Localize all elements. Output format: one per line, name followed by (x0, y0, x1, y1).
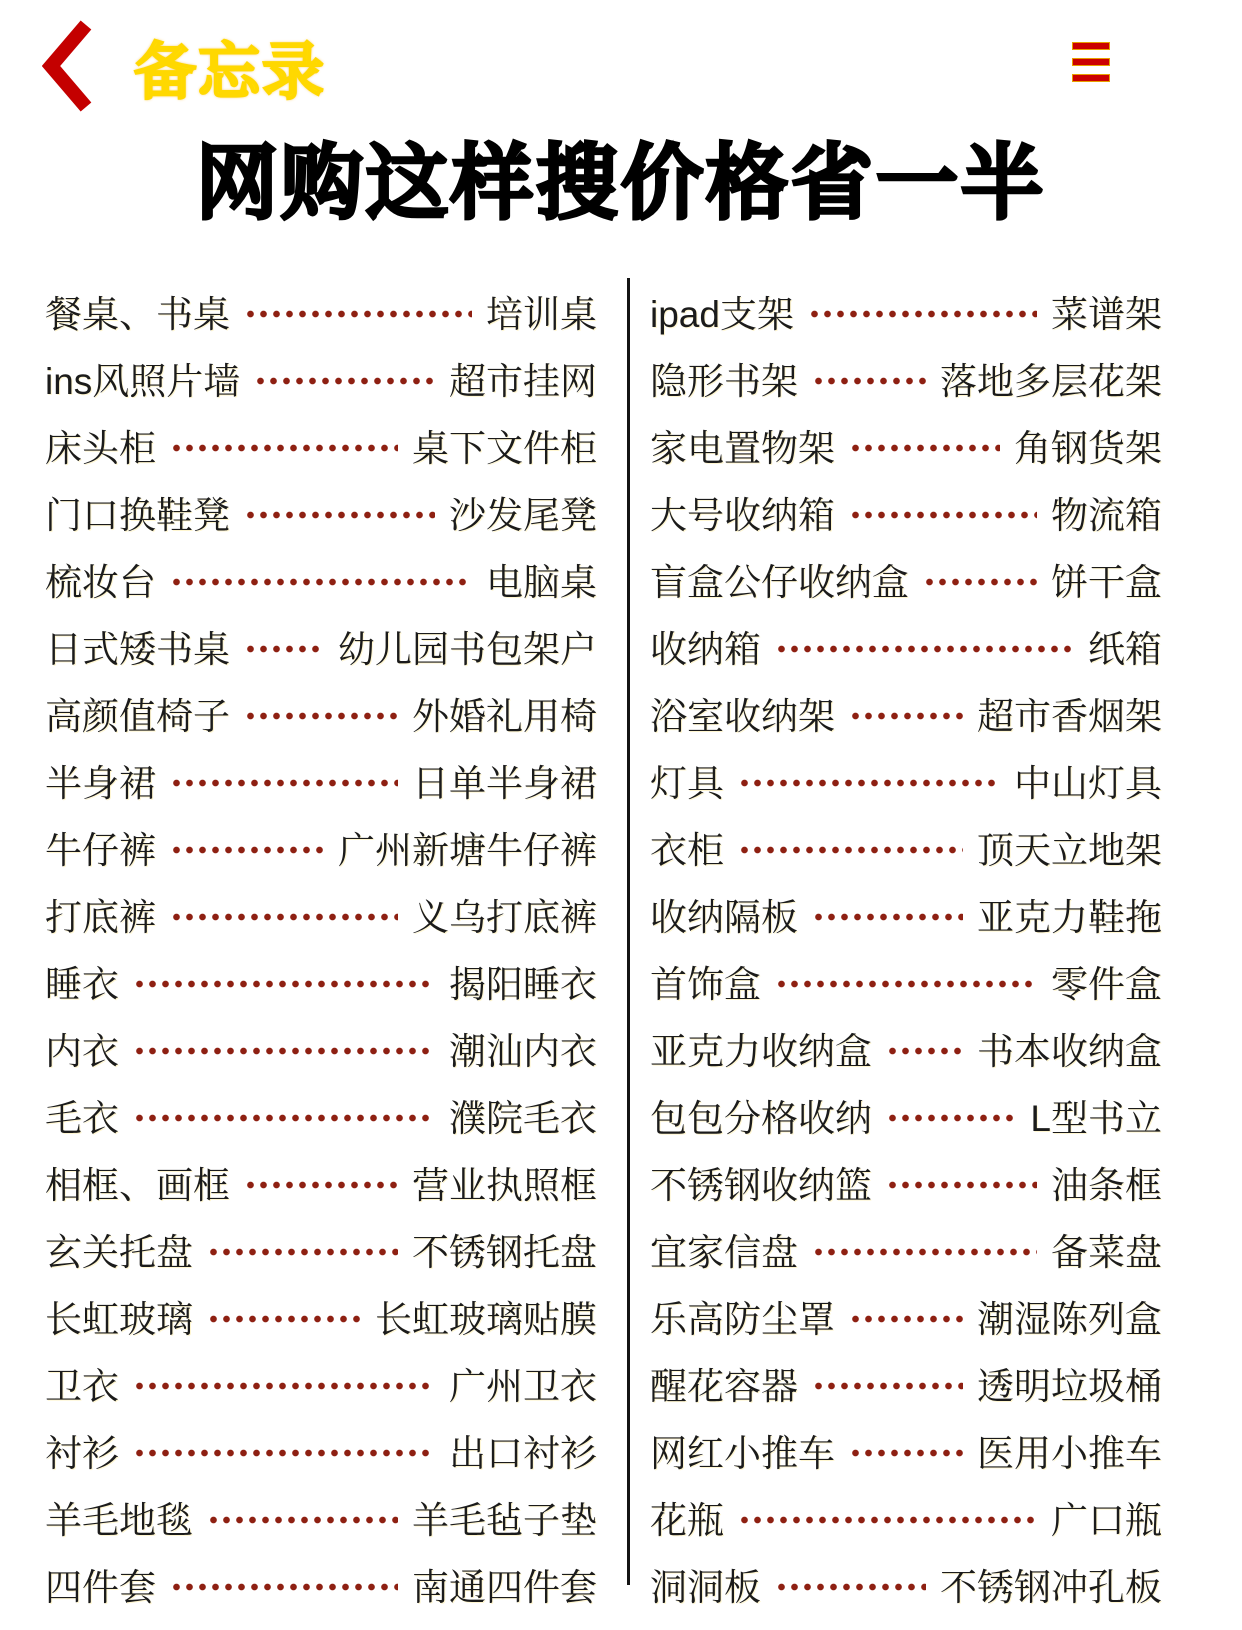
search-pairs-column-right: ipad支架菜谱架隐形书架落地多层花架家电置物架角钢货架大号收纳箱物流箱盲盒公仔… (650, 277, 1162, 1617)
dotted-leader (207, 1248, 398, 1256)
dotted-leader (923, 578, 1037, 586)
dotted-leader (133, 1047, 435, 1055)
search-term: 收纳箱 (650, 619, 761, 673)
back-button[interactable]: 备忘录 (42, 20, 326, 112)
dotted-leader (170, 444, 398, 452)
search-pair-row: 门口换鞋凳沙发尾凳 (45, 478, 597, 545)
search-pair-row: 玄关托盘不锈钢托盘 (45, 1215, 597, 1282)
search-term: 打底裤 (45, 887, 156, 941)
cheaper-term: 角钢货架 (1014, 418, 1162, 472)
dotted-leader (775, 645, 1074, 653)
cheaper-term: 透明垃圾桶 (977, 1356, 1162, 1410)
cheaper-term: 揭阳睡衣 (449, 954, 597, 1008)
search-term: 网红小推车 (650, 1423, 835, 1477)
search-term: 盲盒公仔收纳盒 (650, 552, 909, 606)
search-term: 家电置物架 (650, 418, 835, 472)
search-term: 醒花容器 (650, 1356, 798, 1410)
search-term: 大号收纳箱 (650, 485, 835, 539)
dotted-leader (849, 1315, 963, 1323)
search-term: 玄关托盘 (45, 1222, 193, 1276)
search-pair-row: 梳妆台电脑桌 (45, 545, 597, 612)
dotted-leader (170, 846, 324, 854)
cheaper-term: 培训桌 (486, 284, 597, 338)
search-term: 长虹玻璃 (45, 1289, 193, 1343)
cheaper-term: 医用小推车 (977, 1423, 1162, 1477)
search-pair-row: 长虹玻璃长虹玻璃贴膜 (45, 1282, 597, 1349)
dotted-leader (812, 1248, 1037, 1256)
dotted-leader (775, 980, 1037, 988)
search-pair-row: 打底裤义乌打底裤 (45, 880, 597, 947)
search-pair-row: 四件套南通四件套 (45, 1550, 597, 1617)
dotted-leader (849, 511, 1037, 519)
cheaper-term: 广州新塘牛仔裤 (338, 820, 597, 874)
dotted-leader (133, 1449, 435, 1457)
cheaper-term: 饼干盒 (1051, 552, 1162, 606)
search-term: 餐桌、书桌 (45, 284, 230, 338)
search-pair-row: ins风照片墙超市挂网 (45, 344, 597, 411)
dotted-leader (207, 1516, 398, 1524)
search-term: 亚克力收纳盒 (650, 1021, 872, 1075)
search-pair-row: 灯具中山灯具 (650, 746, 1162, 813)
cheaper-term: 纸箱 (1088, 619, 1162, 673)
search-term: 门口换鞋凳 (45, 485, 230, 539)
search-pair-row: 内衣潮汕内衣 (45, 1014, 597, 1081)
cheaper-term: 广口瓶 (1051, 1490, 1162, 1544)
search-term: 半身裙 (45, 753, 156, 807)
search-pair-row: 收纳箱纸箱 (650, 612, 1162, 679)
dotted-leader (244, 645, 324, 653)
search-pair-row: 床头柜桌下文件柜 (45, 411, 597, 478)
search-pair-row: 洞洞板不锈钢冲孔板 (650, 1550, 1162, 1617)
search-pair-row: 隐形书架落地多层花架 (650, 344, 1162, 411)
search-pair-row: 衬衫出口衬衫 (45, 1416, 597, 1483)
hamburger-icon (1072, 42, 1110, 82)
cheaper-term: 日单半身裙 (412, 753, 597, 807)
cheaper-term: 长虹玻璃贴膜 (375, 1289, 597, 1343)
search-pair-row: 睡衣揭阳睡衣 (45, 947, 597, 1014)
cheaper-term: 南通四件套 (412, 1557, 597, 1611)
search-term: 羊毛地毯 (45, 1490, 193, 1544)
chevron-left-icon (42, 20, 94, 112)
search-term: 睡衣 (45, 954, 119, 1008)
dotted-leader (244, 310, 472, 318)
cheaper-term: 羊毛毡子垫 (412, 1490, 597, 1544)
search-pair-row: 网红小推车医用小推车 (650, 1416, 1162, 1483)
search-term: 隐形书架 (650, 351, 798, 405)
search-term: 宜家信盘 (650, 1222, 798, 1276)
search-pair-row: 首饰盒零件盒 (650, 947, 1162, 1014)
dotted-leader (207, 1315, 361, 1323)
dotted-leader (808, 310, 1037, 318)
search-pair-row: 亚克力收纳盒书本收纳盒 (650, 1014, 1162, 1081)
search-pair-row: 花瓶广口瓶 (650, 1483, 1162, 1550)
dotted-leader (812, 1382, 963, 1390)
search-term: 梳妆台 (45, 552, 156, 606)
dotted-leader (244, 712, 398, 720)
search-term: 内衣 (45, 1021, 119, 1075)
search-pair-row: ipad支架菜谱架 (650, 277, 1162, 344)
dotted-leader (133, 980, 435, 988)
cheaper-term: 亚克力鞋拖 (977, 887, 1162, 941)
dotted-leader (170, 779, 398, 787)
dotted-leader (170, 1583, 398, 1591)
cheaper-term: 濮院毛衣 (449, 1088, 597, 1142)
cheaper-term: 中山灯具 (1014, 753, 1162, 807)
cheaper-term: 备菜盘 (1051, 1222, 1162, 1276)
cheaper-term: 不锈钢冲孔板 (940, 1557, 1162, 1611)
cheaper-term: 出口衬衫 (449, 1423, 597, 1477)
dotted-leader (849, 1449, 963, 1457)
search-term: 花瓶 (650, 1490, 724, 1544)
search-term: 灯具 (650, 753, 724, 807)
search-pair-row: 相框、画框营业执照框 (45, 1148, 597, 1215)
search-pairs-column-left: 餐桌、书桌培训桌ins风照片墙超市挂网床头柜桌下文件柜门口换鞋凳沙发尾凳梳妆台电… (45, 277, 597, 1617)
search-pair-row: 宜家信盘备菜盘 (650, 1215, 1162, 1282)
search-term: 衬衫 (45, 1423, 119, 1477)
dotted-leader (170, 913, 398, 921)
cheaper-term: 电脑桌 (486, 552, 597, 606)
dotted-leader (244, 511, 435, 519)
dotted-leader (738, 779, 1000, 787)
cheaper-term: 顶天立地架 (977, 820, 1162, 874)
dotted-leader (886, 1047, 963, 1055)
dotted-leader (170, 578, 472, 586)
cheaper-term: 零件盒 (1051, 954, 1162, 1008)
search-pair-row: 日式矮书桌幼儿园书包架户 (45, 612, 597, 679)
cheaper-term: 潮湿陈列盒 (977, 1289, 1162, 1343)
back-label: 备忘录 (134, 22, 326, 111)
cheaper-term: 外婚礼用椅 (412, 686, 597, 740)
dotted-leader (849, 444, 1000, 452)
search-term: 收纳隔板 (650, 887, 798, 941)
search-term: ipad支架 (650, 284, 794, 338)
search-pair-row: 卫衣广州卫衣 (45, 1349, 597, 1416)
cheaper-term: 菜谱架 (1051, 284, 1162, 338)
search-pair-row: 衣柜顶天立地架 (650, 813, 1162, 880)
cheaper-term: 营业执照框 (412, 1155, 597, 1209)
dotted-leader (886, 1114, 1016, 1122)
search-term: 乐高防尘罩 (650, 1289, 835, 1343)
search-pair-row: 盲盒公仔收纳盒饼干盒 (650, 545, 1162, 612)
search-term: 床头柜 (45, 418, 156, 472)
cheaper-term: 沙发尾凳 (449, 485, 597, 539)
cheaper-term: L型书立 (1030, 1088, 1162, 1142)
cheaper-term: 幼儿园书包架户 (338, 619, 597, 673)
search-pair-row: 牛仔裤广州新塘牛仔裤 (45, 813, 597, 880)
search-pair-row: 家电置物架角钢货架 (650, 411, 1162, 478)
dotted-leader (775, 1583, 926, 1591)
note-title: 网购这样搜价格省一半 (0, 118, 1242, 235)
cheaper-term: 桌下文件柜 (412, 418, 597, 472)
cheaper-term: 落地多层花架 (940, 351, 1162, 405)
dotted-leader (254, 377, 435, 385)
search-pair-row: 不锈钢收纳篮油条框 (650, 1148, 1162, 1215)
cheaper-term: 广州卫衣 (449, 1356, 597, 1410)
search-term: 四件套 (45, 1557, 156, 1611)
search-pair-row: 半身裙日单半身裙 (45, 746, 597, 813)
search-term: 相框、画框 (45, 1155, 230, 1209)
cheaper-term: 超市香烟架 (977, 686, 1162, 740)
search-pair-row: 餐桌、书桌培训桌 (45, 277, 597, 344)
dotted-leader (133, 1114, 435, 1122)
search-pair-row: 大号收纳箱物流箱 (650, 478, 1162, 545)
search-term: 不锈钢收纳篮 (650, 1155, 872, 1209)
dotted-leader (738, 1516, 1037, 1524)
search-pair-row: 醒花容器透明垃圾桶 (650, 1349, 1162, 1416)
cheaper-term: 超市挂网 (449, 351, 597, 405)
search-term: 高颜值椅子 (45, 686, 230, 740)
cheaper-term: 油条框 (1051, 1155, 1162, 1209)
search-term: 包包分格收纳 (650, 1088, 872, 1142)
dotted-leader (738, 846, 963, 854)
search-pair-row: 收纳隔板亚克力鞋拖 (650, 880, 1162, 947)
search-term: 日式矮书桌 (45, 619, 230, 673)
search-term: 洞洞板 (650, 1557, 761, 1611)
search-term: 首饰盒 (650, 954, 761, 1008)
dotted-leader (849, 712, 963, 720)
menu-button[interactable] (1072, 42, 1110, 82)
search-pair-row: 羊毛地毯羊毛毡子垫 (45, 1483, 597, 1550)
cheaper-term: 潮汕内衣 (449, 1021, 597, 1075)
dotted-leader (244, 1181, 398, 1189)
search-pair-row: 高颜值椅子外婚礼用椅 (45, 679, 597, 746)
dotted-leader (812, 913, 963, 921)
search-term: 毛衣 (45, 1088, 119, 1142)
search-pair-row: 包包分格收纳L型书立 (650, 1081, 1162, 1148)
search-pair-row: 浴室收纳架超市香烟架 (650, 679, 1162, 746)
search-term: 牛仔裤 (45, 820, 156, 874)
cheaper-term: 义乌打底裤 (412, 887, 597, 941)
cheaper-term: 物流箱 (1051, 485, 1162, 539)
dotted-leader (812, 377, 926, 385)
search-term: ins风照片墙 (45, 351, 240, 405)
search-term: 浴室收纳架 (650, 686, 835, 740)
dotted-leader (133, 1382, 435, 1390)
column-divider (627, 278, 630, 1585)
search-term: 卫衣 (45, 1356, 119, 1410)
dotted-leader (886, 1181, 1037, 1189)
cheaper-term: 书本收纳盒 (977, 1021, 1162, 1075)
search-pair-row: 毛衣濮院毛衣 (45, 1081, 597, 1148)
search-pair-row: 乐高防尘罩潮湿陈列盒 (650, 1282, 1162, 1349)
search-term: 衣柜 (650, 820, 724, 874)
cheaper-term: 不锈钢托盘 (412, 1222, 597, 1276)
